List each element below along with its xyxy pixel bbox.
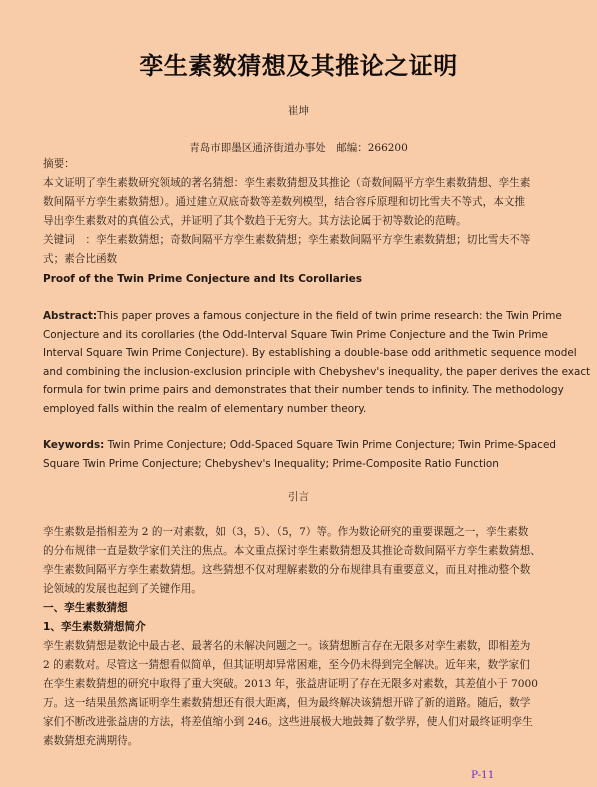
abstract-en-line: and combining the inclusion-exclusion pr… [43,363,547,382]
abstract-cn-line: 数间隔平方孪生素数猜想）。通过建立双底奇数等差数列模型，结合容斥原理和切比雪夫不… [43,193,547,212]
section-1-line: 孪生素数猜想是数论中最古老、最著名的未解决问题之一。该猜想断言存在无限多对孪生素… [43,637,547,656]
keywords-cn-line: 关键词 ：孪生素数猜想；奇数间隔平方孪生素数猜想；孪生素数间隔平方孪生素数猜想；… [43,231,547,250]
author-name: 崔坤 [0,103,597,118]
keywords-en-section: Keywords: Twin Prime Conjecture; Odd-Spa… [43,436,547,473]
keywords-cn-line: 式；素合比函数 [43,250,547,269]
keywords-en-label: Keywords: [43,439,104,451]
abstract-en-line: This paper proves a famous conjecture in… [97,310,562,322]
intro-line: 的分布规律一直是数学家们关注的焦点。本文重点探讨孪生素数猜想及其推论奇数间隔平方… [43,542,547,561]
section-1-line: 家们不断改进张益唐的方法，将差值缩小到 246。这些进展极大地鼓舞了数学界，使人… [43,713,547,732]
abstract-en-line: Interval Square Twin Prime Conjecture). … [43,344,547,363]
abstract-en-section: Abstract:This paper proves a famous conj… [43,307,547,418]
section-1-line: 2 的素数对。尽管这一猜想看似简单，但其证明却异常困难，至今仍未得到完全解决。近… [43,656,547,675]
section-1-1-heading: 1、孪生素数猜想简介 [43,618,547,637]
section-1-line: 万。这一结果虽然离证明孪生素数猜想还有很大距离，但为最终解决该猜想开辟了新的道路… [43,694,547,713]
introduction-paragraph: 孪生素数是指相差为 2 的一对素数，如（3，5）、（5，7）等。作为数论研究的重… [43,523,547,751]
author-affiliation: 青岛市即墨区通济街道办事处 邮编：266200 [0,140,597,155]
intro-line: 论领域的发展也起到了关键作用。 [43,580,547,599]
intro-line: 孪生素数间隔平方孪生素数猜想。这些猜想不仅对理解素数的分布规律具有重要意义，而且… [43,561,547,580]
abstract-en-label: Abstract: [43,310,97,322]
paper-title: 孪生素数猜想及其推论之证明 [0,46,597,81]
abstract-cn-section: 摘要： 本文证明了孪生素数研究领域的著名猜想：孪生素数猜想及其推论（奇数间隔平方… [43,155,547,269]
introduction-heading: 引言 [0,489,597,504]
keywords-en-line: Square Twin Prime Conjecture; Chebyshev'… [43,455,547,474]
abstract-cn-line: 本文证明了孪生素数研究领域的著名猜想：孪生素数猜想及其推论（奇数间隔平方孪生素数… [43,174,547,193]
abstract-en-line: employed falls within the realm of eleme… [43,400,547,419]
keywords-en-line: Twin Prime Conjecture; Odd-Spaced Square… [104,439,556,451]
abstract-en-line: Conjecture and its corollaries (the Odd-… [43,326,547,345]
intro-line: 孪生素数是指相差为 2 的一对素数，如（3，5）、（5，7）等。作为数论研究的重… [43,523,547,542]
english-title: Proof of the Twin Prime Conjecture and I… [43,270,547,289]
abstract-en-line: formula for twin prime pairs and demonst… [43,381,547,400]
section-1-line: 素数猜想充满期待。 [43,732,547,751]
abstract-cn-label: 摘要： [43,155,547,174]
section-1-line: 在孪生素数猜想的研究中取得了重大突破。2013 年，张益唐证明了存在无限多对素数… [43,675,547,694]
page-number: P-11 [471,769,494,781]
section-1-heading: 一、孪生素数猜想 [43,599,547,618]
abstract-cn-line: 导出孪生素数对的真值公式，并证明了其个数趋于无穷大。其方法论属于初等数论的范畴。 [43,212,547,231]
